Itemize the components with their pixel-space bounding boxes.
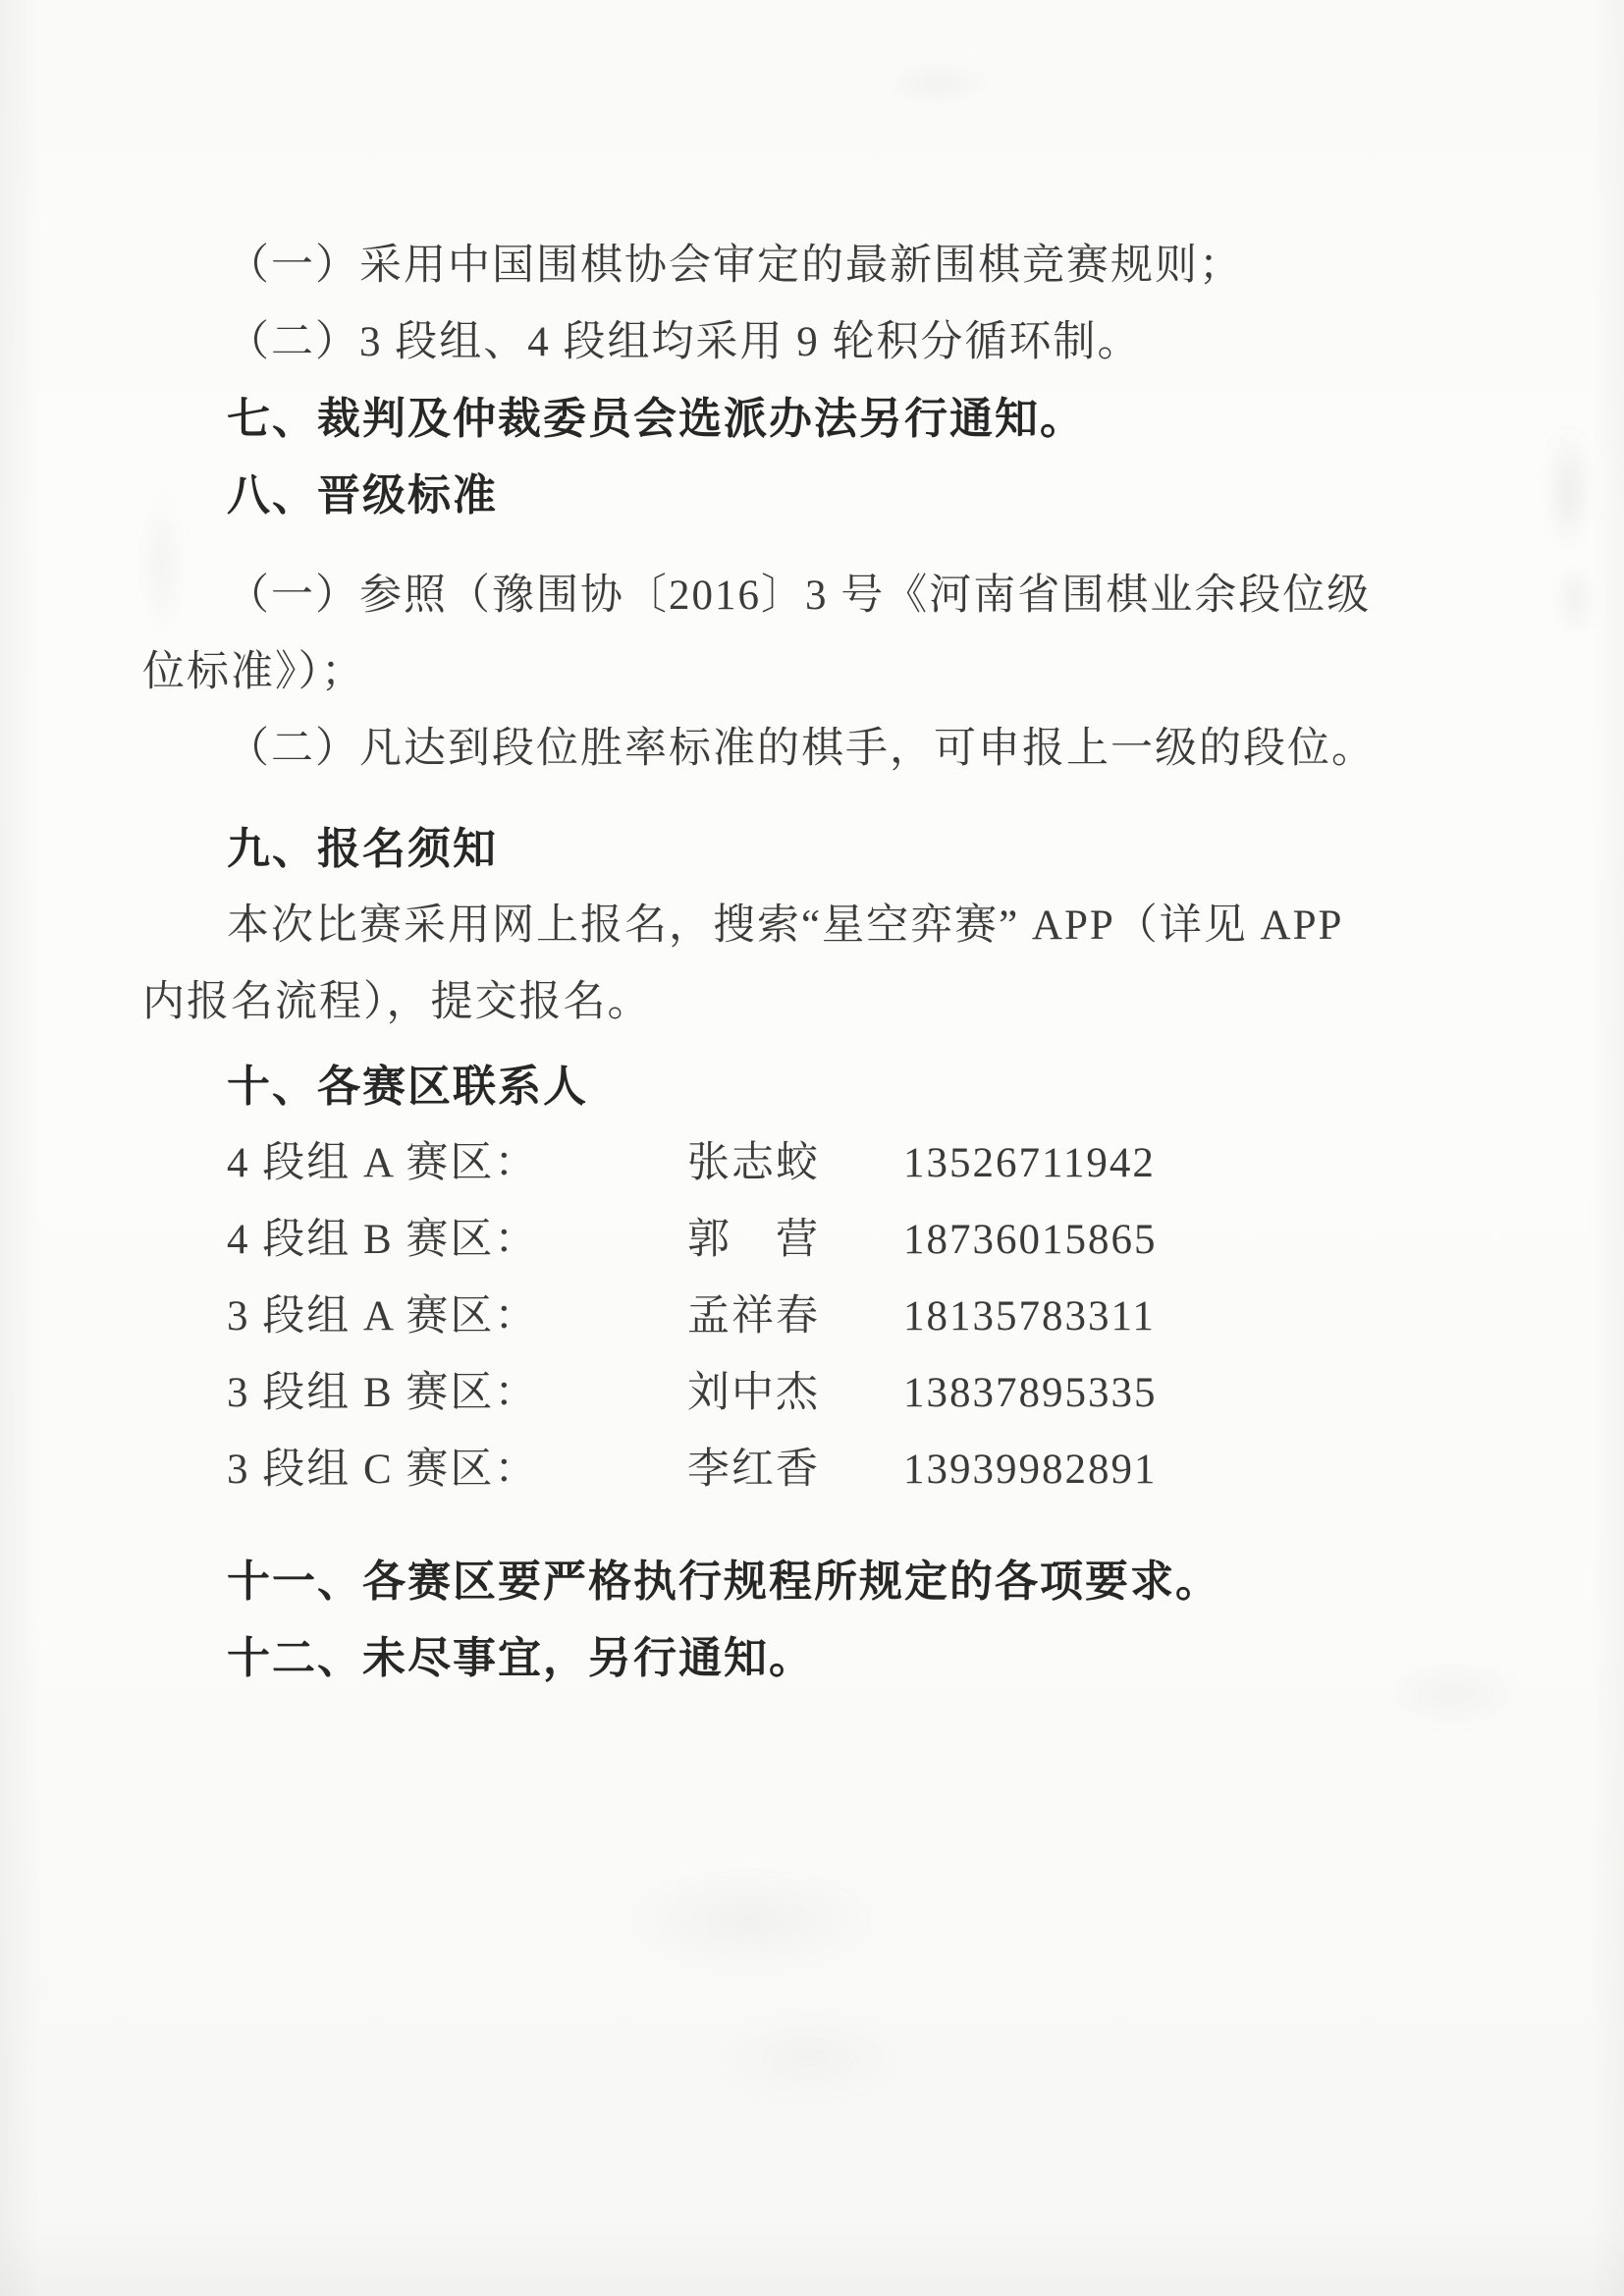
contact-row: 3 段组 A 赛区： 孟祥春 18135783311 [142, 1279, 1526, 1355]
contact-person-name: 张志蛟 [687, 1125, 903, 1202]
section-heading-11: 十一、各赛区要严格执行规程所规定的各项要求。 [142, 1544, 1526, 1620]
contact-phone-number: 18736015865 [903, 1202, 1158, 1279]
section-heading-10: 十、各赛区联系人 [142, 1049, 1526, 1125]
bleed-through-smudge [864, 54, 1011, 113]
contact-row: 4 段组 A 赛区： 张志蛟 13526711942 [142, 1125, 1526, 1202]
bleed-through-smudge [589, 1856, 913, 1984]
bleed-through-smudge [1547, 550, 1602, 648]
section-heading-8: 八、晋级标准 [142, 458, 1526, 534]
scanned-document-page: （一）采用中国围棋协会审定的最新围棋竞赛规则； （二）3 段组、4 段组均采用 … [0, 0, 1624, 2296]
contact-person-name: 李红香 [687, 1432, 903, 1508]
document-body: （一）采用中国围棋协会审定的最新围棋竞赛规则； （二）3 段组、4 段组均采用 … [142, 228, 1526, 1697]
contact-person-name: 郭 营 [687, 1202, 903, 1279]
promotion-item-1-line-1: （一）参照（豫围协〔2016〕3 号《河南省围棋业余段位级 [142, 558, 1526, 634]
section-heading-12: 十二、未尽事宜，另行通知。 [142, 1620, 1526, 1697]
section-heading-9: 九、报名须知 [142, 811, 1526, 888]
contact-zone-label: 3 段组 B 赛区： [227, 1355, 687, 1432]
rule-item-2: （二）3 段组、4 段组均采用 9 轮积分循环制。 [142, 304, 1526, 381]
contact-phone-number: 13939982891 [903, 1432, 1158, 1508]
contact-zone-label: 4 段组 A 赛区： [227, 1125, 687, 1202]
section-heading-7: 七、裁判及仲裁委员会选派办法另行通知。 [142, 381, 1526, 458]
contact-person-name: 刘中杰 [687, 1355, 903, 1432]
registration-paragraph-line-1: 本次比赛采用网上报名，搜索“星空弈赛” APP（详见 APP [142, 888, 1526, 964]
contact-phone-number: 13837895335 [903, 1355, 1158, 1432]
bleed-through-smudge [1538, 408, 1600, 574]
contact-zone-label: 4 段组 B 赛区： [227, 1202, 687, 1279]
contact-zone-label: 3 段组 A 赛区： [227, 1279, 687, 1355]
promotion-item-2: （二）凡达到段位胜率标准的棋手，可申报上一级的段位。 [142, 711, 1526, 788]
contact-person-name: 孟祥春 [687, 1279, 903, 1355]
contact-row: 4 段组 B 赛区： 郭 营 18736015865 [142, 1202, 1526, 1279]
contact-phone-number: 13526711942 [903, 1125, 1156, 1202]
contact-phone-number: 18135783311 [903, 1279, 1156, 1355]
registration-paragraph-line-2: 内报名流程），提交报名。 [142, 964, 1526, 1041]
bleed-through-smudge [677, 2003, 943, 2111]
rule-item-1: （一）采用中国围棋协会审定的最新围棋竞赛规则； [142, 228, 1526, 304]
promotion-item-1-line-2: 位标准》）； [142, 634, 1526, 711]
contact-zone-label: 3 段组 C 赛区： [227, 1432, 687, 1508]
contact-row: 3 段组 C 赛区： 李红香 13939982891 [142, 1432, 1526, 1508]
contact-row: 3 段组 B 赛区： 刘中杰 13837895335 [142, 1355, 1526, 1432]
